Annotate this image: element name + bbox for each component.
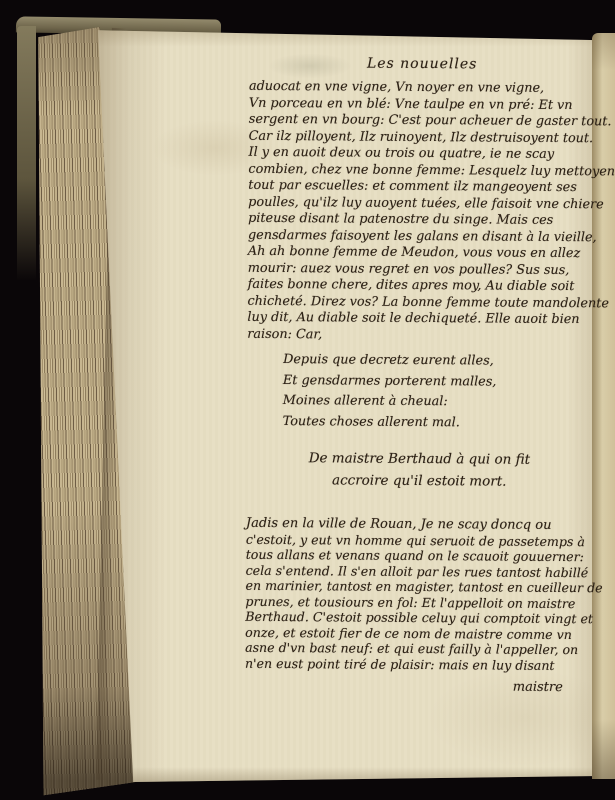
text-line: piteuse disant la patenostre du singe. M…: [248, 211, 594, 230]
chapter-paragraph: Jadis en la ville de Rouan, Je ne scay d…: [245, 516, 592, 673]
heading-line: De maistre Berthaud à qui on fit: [246, 447, 592, 471]
catchword: maistre: [245, 678, 591, 695]
text-line: Il y en auoit deux ou trois ou quatre, i…: [248, 145, 594, 164]
vellum-cover-left-edge: [17, 26, 36, 281]
text-line: tous allans et venans quand on le scauoi…: [246, 547, 592, 565]
verse-line: Et gensdarmes porterent malles,: [283, 371, 593, 394]
gutter-pages: [592, 33, 615, 779]
text-line: en marinier, tantost en magister, tantos…: [245, 578, 591, 596]
verse-line: Depuis que decretz eurent alles,: [283, 350, 593, 373]
book-photo-scene: Les nouuelles aduocat en vne vigne, Vn n…: [0, 0, 615, 800]
text-line: Berthaud. C'estoit possible celuy qui co…: [245, 609, 591, 627]
text-line: luy dit, Au diable soit le dechiqueté. E…: [247, 310, 593, 329]
page-text: Les nouuelles aduocat en vne vigne, Vn n…: [245, 55, 595, 695]
text-line: n'en eust point tiré de plaisir: mais en…: [245, 655, 591, 673]
text-line: aduocat en vne vigne, Vn noyer en vne vi…: [249, 79, 595, 98]
text-line: Ah ah bonne femme de Meudon, vous vous e…: [248, 244, 594, 263]
running-header: Les nouuelles: [249, 55, 595, 73]
paragraph-continued: aduocat en vne vigne, Vn noyer en vne vi…: [247, 79, 595, 345]
chapter-heading: De maistre Berthaud à qui on fitaccroire…: [246, 447, 592, 493]
verse-line: Moines allerent à cheual:: [283, 391, 593, 414]
verse-quatrain: Depuis que decretz eurent alles,Et gensd…: [283, 350, 594, 434]
heading-line: accroire qu'il estoit mort.: [246, 469, 592, 493]
text-line: raison: Car,: [247, 326, 593, 345]
text-line: Jadis en la ville de Rouan, Je ne scay d…: [246, 516, 592, 534]
text-line: faites bonne chere, dites apres moy, Au …: [248, 277, 594, 296]
text-line: tout par escuelles: et comment ilz mange…: [248, 178, 594, 197]
text-line: sergent en vn bourg: C'est pour acheuer …: [249, 112, 595, 131]
text-line: asne d'vn bast neuf: et qui eust failly …: [245, 640, 591, 658]
verse-line: Toutes choses allerent mal.: [283, 412, 593, 435]
